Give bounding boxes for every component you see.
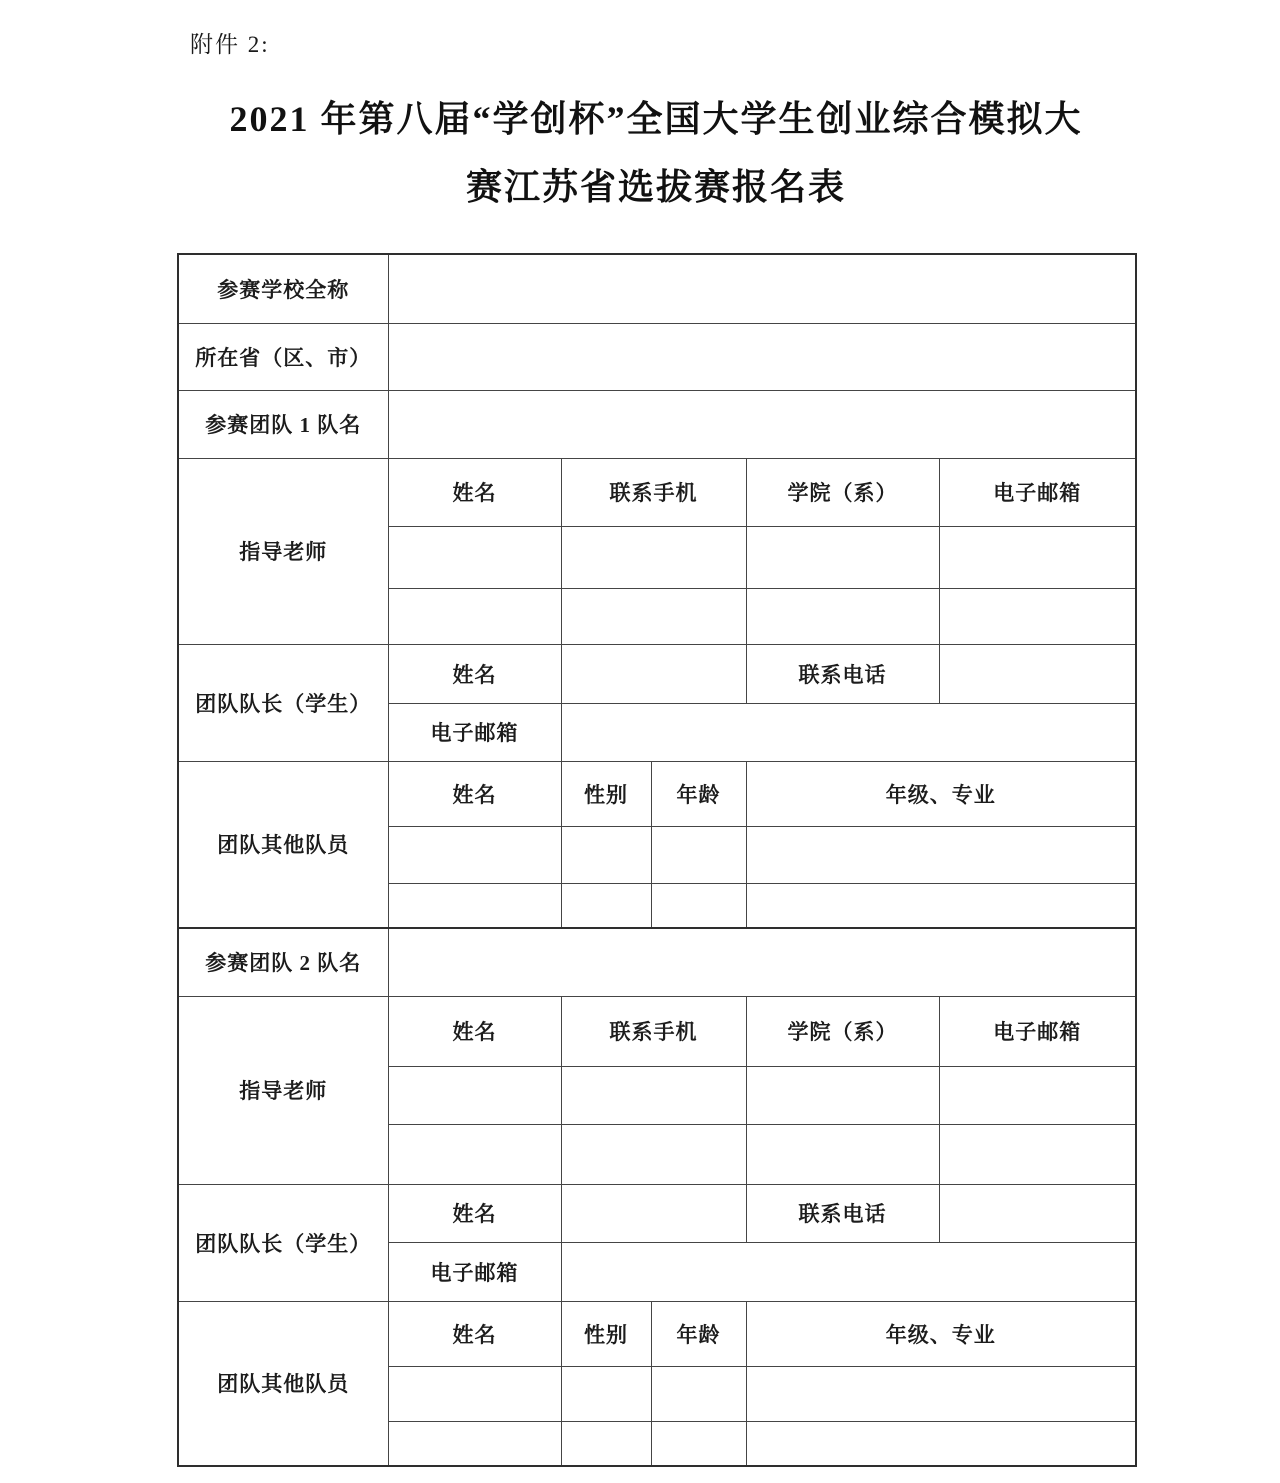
fill-cell — [939, 588, 1136, 644]
team1-captain-name-value-cell — [561, 644, 746, 703]
team2-captain-label: 团队队长（学生） — [178, 1184, 388, 1301]
team1-captain-row-1: 团队队长（学生） 姓名 联系电话 — [178, 644, 1136, 703]
fill-cell — [561, 826, 651, 883]
fill-cell — [388, 1366, 561, 1421]
fill-cell — [746, 1066, 939, 1124]
attachment-label: 附件 2: — [190, 0, 1280, 59]
fill-cell — [561, 588, 746, 644]
fill-cell — [746, 526, 939, 588]
team1-advisor-header-email: 电子邮箱 — [939, 458, 1136, 526]
team1-members-header-age: 年龄 — [651, 761, 746, 826]
registration-form-table: 参赛学校全称 所在省（区、市） 参赛团队 1 队名 指导老师 姓名 联系手机 学… — [177, 253, 1137, 1467]
team2-advisor-header-email: 电子邮箱 — [939, 996, 1136, 1066]
team2-captain-name-value-cell — [561, 1184, 746, 1242]
fill-cell — [939, 1124, 1136, 1184]
team1-advisor-header-name: 姓名 — [388, 458, 561, 526]
team2-captain-phone-value-cell — [939, 1184, 1136, 1242]
title-line-2: 赛江苏省选拔赛报名表 — [177, 153, 1135, 221]
team1-captain-email-label: 电子邮箱 — [388, 703, 561, 761]
fill-cell — [561, 526, 746, 588]
fill-cell — [561, 1124, 746, 1184]
fill-cell — [746, 826, 1136, 883]
fill-cell — [388, 1124, 561, 1184]
team2-captain-row-1: 团队队长（学生） 姓名 联系电话 — [178, 1184, 1136, 1242]
team2-name-value-cell — [388, 928, 1136, 996]
fill-cell — [746, 883, 1136, 928]
team1-name-value-cell — [388, 390, 1136, 458]
title-line-1: 2021 年第八届“学创杯”全国大学生创业综合模拟大 — [177, 85, 1135, 153]
document-title: 2021 年第八届“学创杯”全国大学生创业综合模拟大 赛江苏省选拔赛报名表 — [177, 85, 1135, 221]
team1-members-header-grade-major: 年级、专业 — [746, 761, 1136, 826]
fill-cell — [651, 1366, 746, 1421]
team2-advisor-header-mobile: 联系手机 — [561, 996, 746, 1066]
team2-members-header-gender: 性别 — [561, 1301, 651, 1366]
team2-members-label: 团队其他队员 — [178, 1301, 388, 1466]
team2-advisor-header-row: 指导老师 姓名 联系手机 学院（系） 电子邮箱 — [178, 996, 1136, 1066]
team1-captain-label: 团队队长（学生） — [178, 644, 388, 761]
fill-cell — [388, 1066, 561, 1124]
fill-cell — [388, 826, 561, 883]
team2-members-header-age: 年龄 — [651, 1301, 746, 1366]
team1-members-label: 团队其他队员 — [178, 761, 388, 928]
team1-members-header-name: 姓名 — [388, 761, 561, 826]
fill-cell — [651, 883, 746, 928]
province-row: 所在省（区、市） — [178, 323, 1136, 390]
fill-cell — [561, 883, 651, 928]
team1-advisor-header-college: 学院（系） — [746, 458, 939, 526]
school-name-label: 参赛学校全称 — [178, 254, 388, 323]
team2-captain-phone-label: 联系电话 — [746, 1184, 939, 1242]
fill-cell — [939, 526, 1136, 588]
fill-cell — [561, 1421, 651, 1466]
fill-cell — [388, 1421, 561, 1466]
team1-name-label: 参赛团队 1 队名 — [178, 390, 388, 458]
team2-captain-name-label: 姓名 — [388, 1184, 561, 1242]
team1-members-header-gender: 性别 — [561, 761, 651, 826]
team1-captain-phone-label: 联系电话 — [746, 644, 939, 703]
fill-cell — [561, 1066, 746, 1124]
fill-cell — [388, 883, 561, 928]
fill-cell — [746, 1366, 1136, 1421]
team2-members-header-name: 姓名 — [388, 1301, 561, 1366]
team2-name-row: 参赛团队 2 队名 — [178, 928, 1136, 996]
team2-advisor-header-name: 姓名 — [388, 996, 561, 1066]
team2-captain-email-label: 电子邮箱 — [388, 1242, 561, 1301]
fill-cell — [746, 588, 939, 644]
team2-members-header-row: 团队其他队员 姓名 性别 年龄 年级、专业 — [178, 1301, 1136, 1366]
team1-advisor-label: 指导老师 — [178, 458, 388, 644]
fill-cell — [939, 1066, 1136, 1124]
team1-advisor-header-row: 指导老师 姓名 联系手机 学院（系） 电子邮箱 — [178, 458, 1136, 526]
school-name-value-cell — [388, 254, 1136, 323]
school-name-row: 参赛学校全称 — [178, 254, 1136, 323]
province-value-cell — [388, 323, 1136, 390]
team1-members-header-row: 团队其他队员 姓名 性别 年龄 年级、专业 — [178, 761, 1136, 826]
team1-advisor-header-mobile: 联系手机 — [561, 458, 746, 526]
fill-cell — [651, 1421, 746, 1466]
fill-cell — [561, 1366, 651, 1421]
team1-captain-email-value-cell — [561, 703, 1136, 761]
team2-name-label: 参赛团队 2 队名 — [178, 928, 388, 996]
fill-cell — [746, 1124, 939, 1184]
team1-name-row: 参赛团队 1 队名 — [178, 390, 1136, 458]
fill-cell — [388, 588, 561, 644]
document-page: 附件 2: 2021 年第八届“学创杯”全国大学生创业综合模拟大 赛江苏省选拔赛… — [0, 0, 1280, 1483]
team2-advisor-label: 指导老师 — [178, 996, 388, 1184]
team1-captain-phone-value-cell — [939, 644, 1136, 703]
team2-members-header-grade-major: 年级、专业 — [746, 1301, 1136, 1366]
province-label: 所在省（区、市） — [178, 323, 388, 390]
fill-cell — [651, 826, 746, 883]
fill-cell — [746, 1421, 1136, 1466]
team2-advisor-header-college: 学院（系） — [746, 996, 939, 1066]
fill-cell — [388, 526, 561, 588]
team2-captain-email-value-cell — [561, 1242, 1136, 1301]
team1-captain-name-label: 姓名 — [388, 644, 561, 703]
